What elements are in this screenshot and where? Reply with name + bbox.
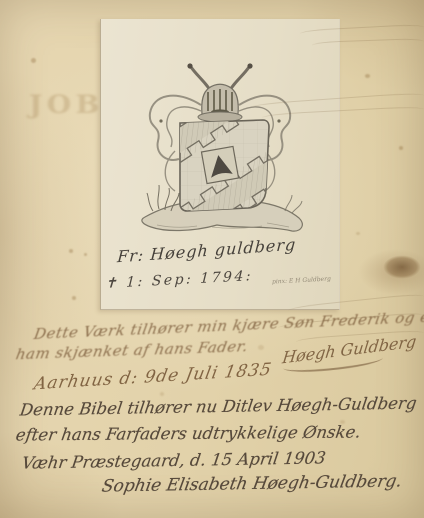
inscription-1903-signature: Sophie Elisabeth Høegh-Guldberg. xyxy=(100,471,403,496)
foxing-spot xyxy=(69,249,73,253)
ink-smudge xyxy=(258,345,264,350)
bookplate-sheet: Fr: Høegh guldberg ✝ 1: Sep: 1794: pinx:… xyxy=(100,19,340,310)
foxing-spot xyxy=(31,58,36,63)
mountain-emblem xyxy=(201,146,238,183)
foxing-spot xyxy=(72,296,76,300)
foxing-spot xyxy=(399,146,403,150)
inscription-1903-line2: efter hans Farfaders udtrykkelige Ønske. xyxy=(15,422,363,444)
scanned-bible-flyleaf: JOB xyxy=(0,0,424,518)
bookplate-date-line: ✝ 1: Sep: 1794: xyxy=(105,268,254,292)
bleed-through-text: JOB xyxy=(29,90,104,119)
coat-of-arms-illustration xyxy=(117,59,323,241)
artist-credit: pinx: E H Guldberg xyxy=(272,275,331,285)
foxing-spot xyxy=(365,74,370,78)
inscription-1903-dateline: Væhr Præstegaard, d. 15 April 1903 xyxy=(21,448,327,472)
foxing-spot xyxy=(84,253,87,256)
inscription-1903-line1: Denne Bibel tilhører nu Ditlev Høegh-Gul… xyxy=(19,394,418,420)
foxing-spot xyxy=(160,392,164,396)
foxing-spot xyxy=(356,232,360,235)
foxing-spot xyxy=(340,420,345,424)
helmet xyxy=(198,84,242,122)
inscription-1835-dateline: Aarhuus d: 9de Juli 1835 xyxy=(32,360,273,395)
